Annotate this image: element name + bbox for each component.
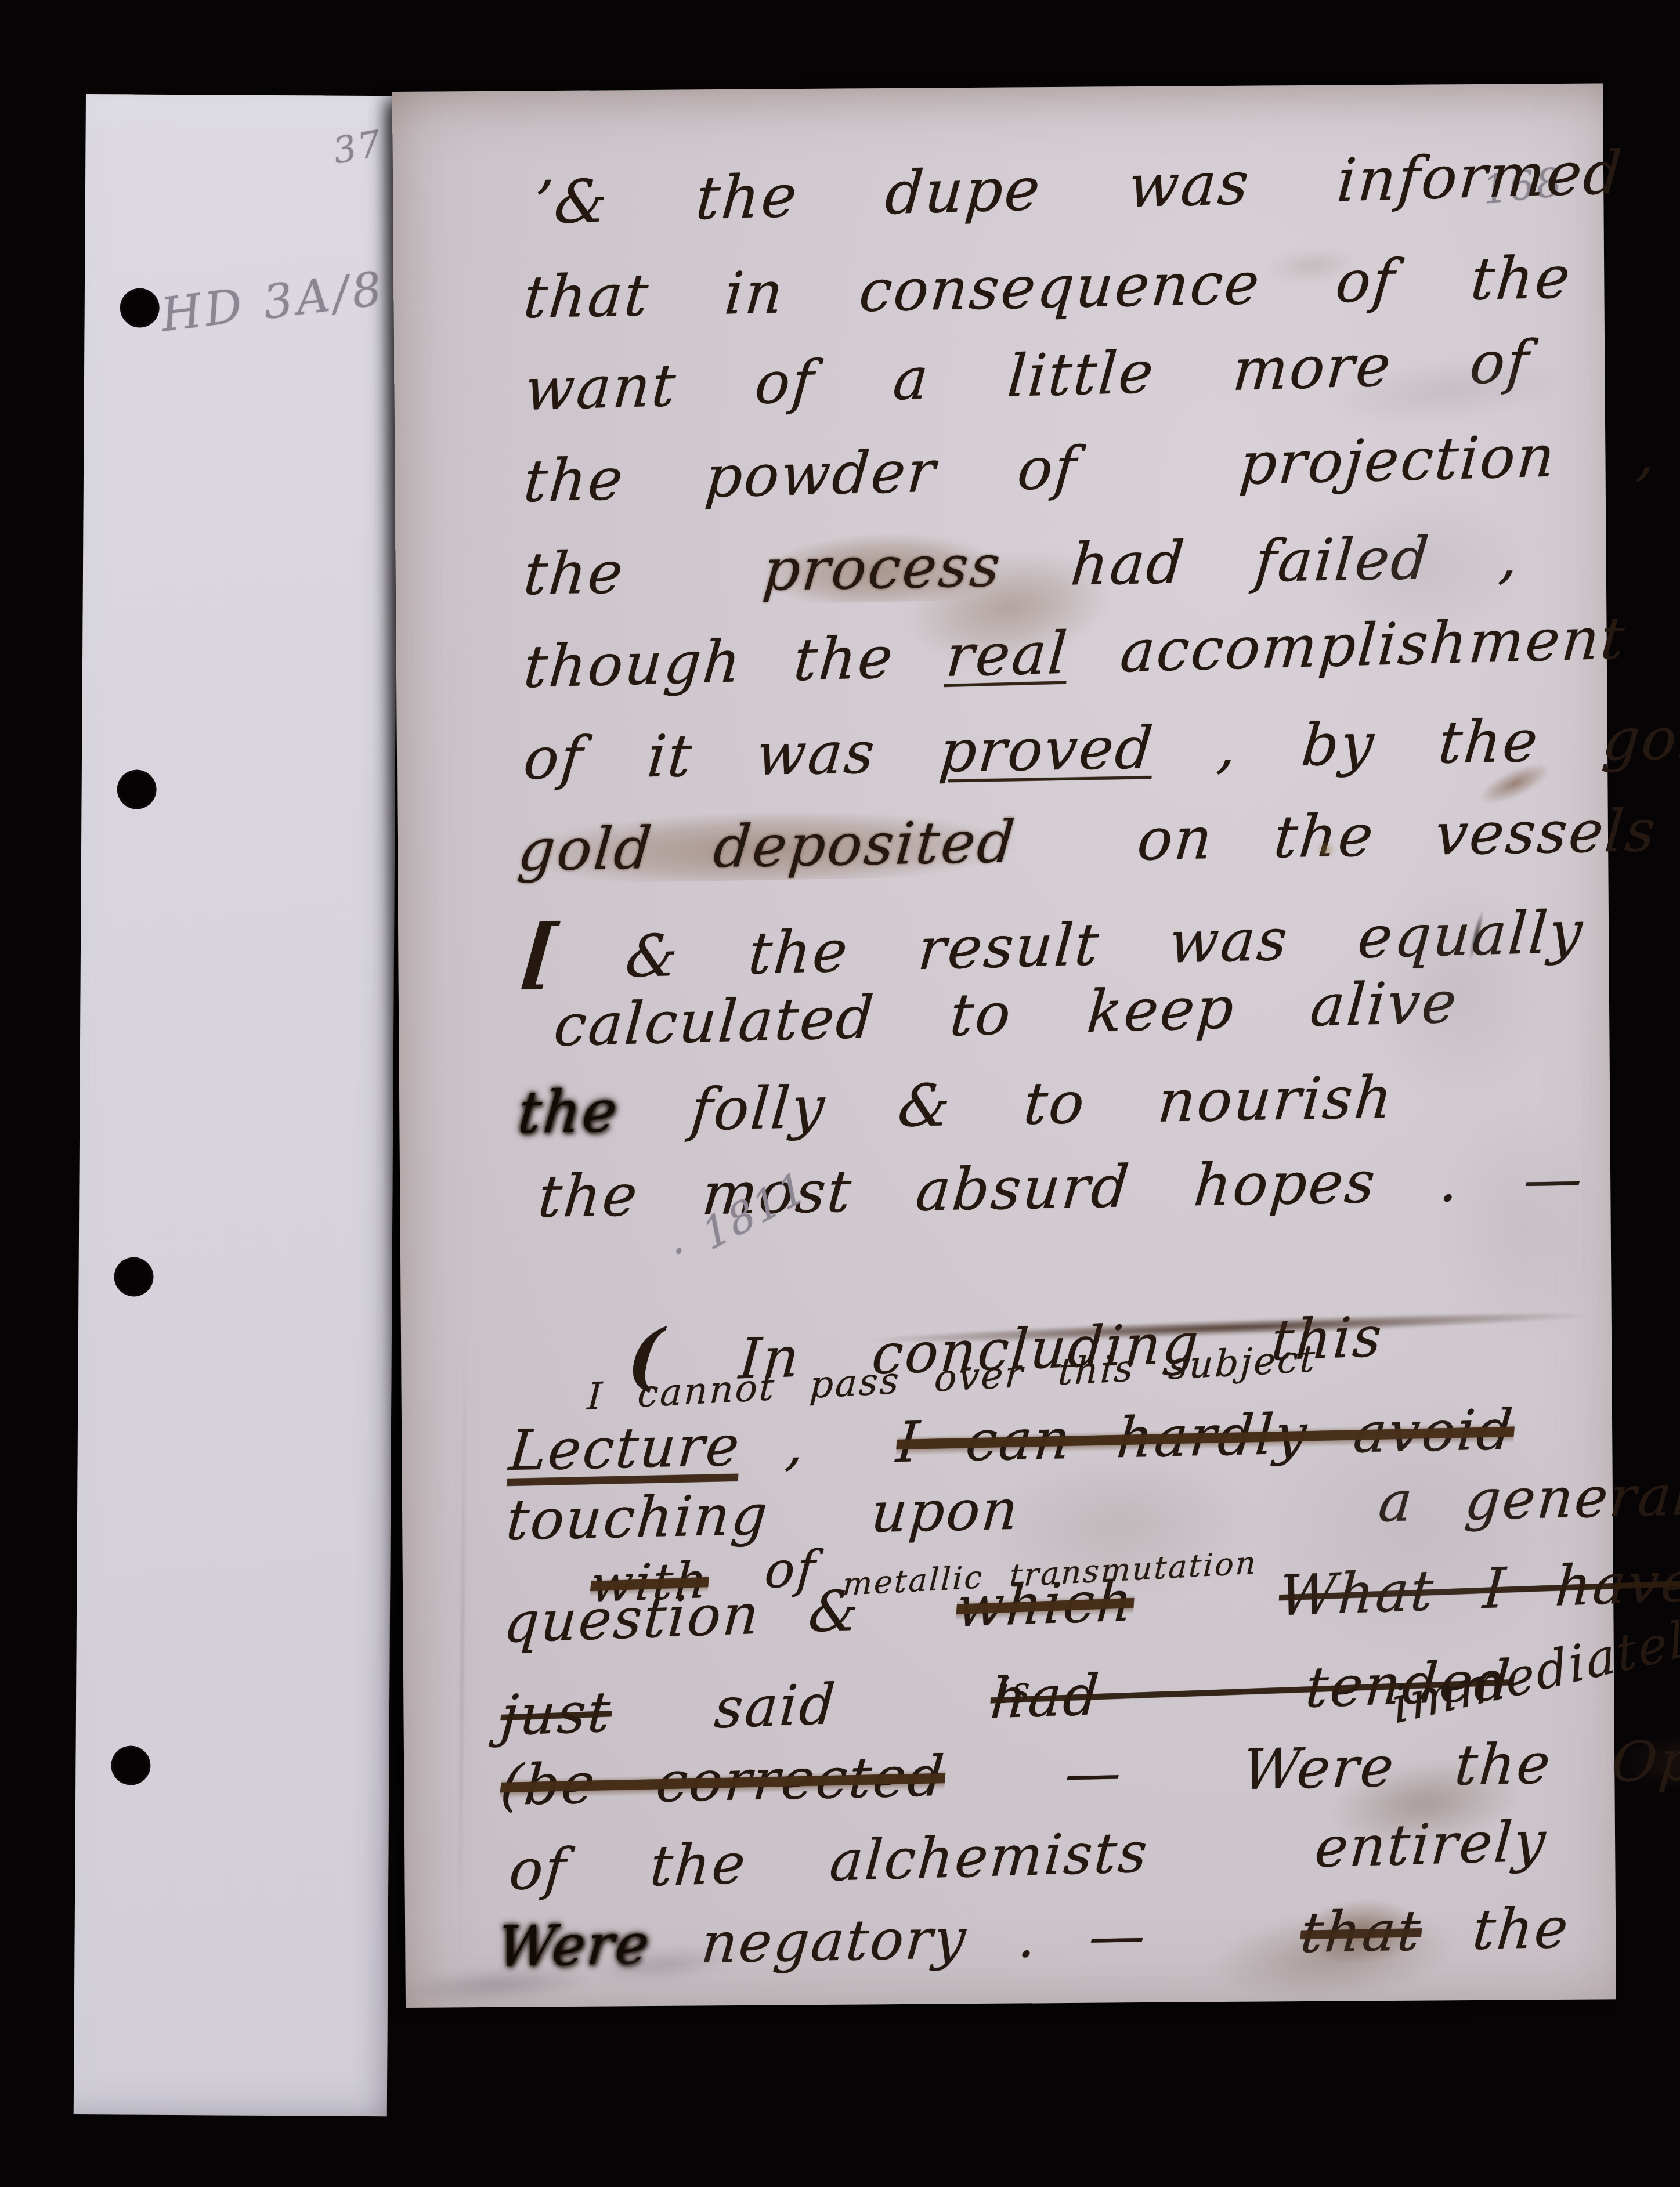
handwriting-segment: negatory . —	[647, 1900, 1303, 1977]
handwriting-segment: (be corrected	[498, 1744, 948, 1818]
handwriting-segment: the	[1419, 1896, 1573, 1964]
handwriting-segment: had failed ,	[999, 523, 1523, 600]
handwriting-segment: said	[609, 1666, 993, 1744]
punch-hole	[117, 769, 156, 809]
handwriting-segment: real	[944, 619, 1071, 690]
handwriting-segment: the	[521, 536, 767, 608]
handwriting-segment: of it was	[521, 717, 942, 793]
handwriting-segment: the	[515, 1077, 622, 1147]
handwriting-segment: process	[760, 532, 1005, 604]
handwriting-segment	[1132, 1563, 1281, 1633]
handwriting-segment: just	[498, 1679, 614, 1748]
handwriting-segment: , by the gold .	[1151, 702, 1680, 782]
handwriting-segment: Lecture	[507, 1414, 743, 1484]
handwriting-segment: Were	[495, 1911, 653, 1979]
handwriting-segment: Opinions	[1609, 1724, 1680, 1795]
handwriting-segment: ,	[738, 1410, 899, 1479]
handwriting-segment: folly & to nourish	[616, 1064, 1397, 1145]
handwriting-segment: that	[1298, 1898, 1425, 1965]
guard-strip	[74, 94, 399, 2116]
handwriting-segment: gold deposited	[515, 808, 1019, 884]
handwriting-segment: which	[955, 1568, 1136, 1640]
punch-hole	[114, 1257, 153, 1296]
folio-number: 37	[330, 122, 386, 172]
handwriting-segment: I can hardly avoid	[894, 1397, 1517, 1476]
handwriting-segment: though the	[521, 622, 949, 701]
handwriting-segment: proved	[937, 714, 1157, 786]
punch-hole	[111, 1745, 150, 1785]
punch-hole	[120, 288, 160, 327]
manuscript-photograph: 37 HD 3A/8 168 ’& the dupe was informedt…	[0, 0, 1680, 2187]
